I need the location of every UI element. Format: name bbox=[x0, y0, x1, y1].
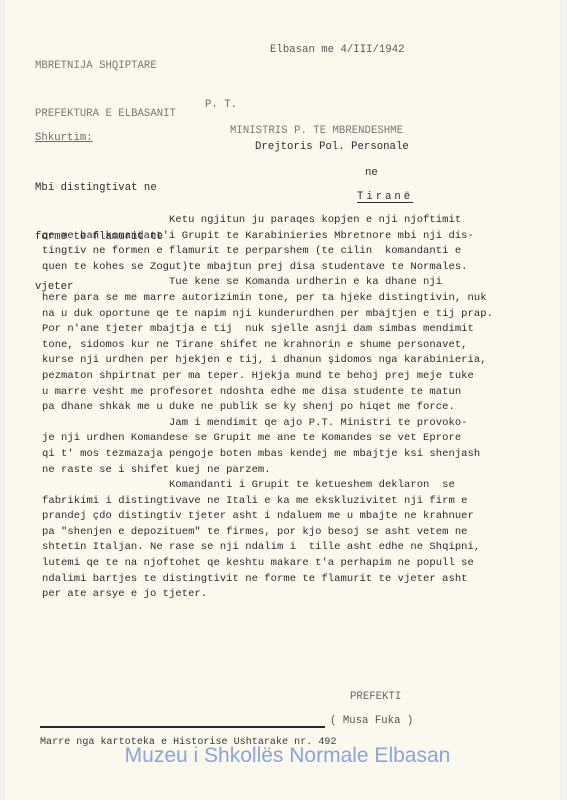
body-line: here para se me marre autorizimin tone, … bbox=[42, 291, 493, 307]
recipient-block: P. T. MINISTRIS P. TE MBRENDESHME Drejto… bbox=[205, 97, 218, 193]
body-line: qe me ban komandant'i Grupit te Karabini… bbox=[42, 229, 493, 245]
body-line: tingtiv ne formen e flamurit te perparsh… bbox=[42, 244, 493, 260]
body-line: qi t' mos tezmazaja pengoje boten mbas k… bbox=[42, 447, 493, 463]
recipient-directorate: Drejtoris Pol. Personale bbox=[255, 139, 409, 155]
body-line: shtetin Italjan. Ne rase se nji ndalim i… bbox=[42, 540, 493, 556]
body-line: per ate arsye e jo tjeter. bbox=[42, 587, 493, 603]
recipient-honorific: P. T. bbox=[205, 97, 237, 113]
signature-name: ( Musa Fuka ) bbox=[330, 713, 413, 729]
body-line: Por n'ane tjeter mbajtja e tij nuk sjell… bbox=[42, 322, 493, 338]
body-line: tone, sidomos kur ne Tirane shifet ne kr… bbox=[42, 338, 493, 354]
letter-body: Ketu ngjitun ju paraqes kopjen e nji njo… bbox=[42, 213, 493, 603]
body-line: pa "shenjen e depozituem" te firmes, por… bbox=[42, 525, 493, 541]
museum-watermark: Muzeu i Shkollës Normale Elbasan bbox=[0, 744, 567, 768]
body-line: u marre vesht me profesoret ndoshta edhe… bbox=[42, 385, 493, 401]
subject-line: Mbi distingtivat ne bbox=[35, 180, 163, 197]
body-line: Jam i mendimit qe ajo P.T. Ministri te p… bbox=[42, 416, 493, 432]
signature-title: PREFEKTI bbox=[350, 689, 401, 705]
body-line: ndalimi bartjes te distingtivit ne forme… bbox=[42, 572, 493, 588]
document-date: Elbasan me 4/III/1942 bbox=[270, 42, 405, 58]
body-line: Ketu ngjitun ju paraqes kopjen e nji njo… bbox=[42, 213, 493, 229]
body-line: je nji urdhen Komandese se Grupit me ane… bbox=[42, 431, 493, 447]
recipient-preposition: ne bbox=[365, 165, 378, 181]
body-line: pa dhane shkak me u duke ne publik se ky… bbox=[42, 400, 493, 416]
body-line: Tue kene se Komanda urdherin e ka dhane … bbox=[42, 275, 493, 291]
body-line: Komandanti i Grupit te ketueshem deklaro… bbox=[42, 478, 493, 494]
body-line: quen te kohes se Zogut)te mbajtun prej d… bbox=[42, 260, 493, 276]
body-line: kurse nji urdhen per hjekjen e tij, i dh… bbox=[42, 353, 493, 369]
body-line: prandej çdo distingtiv tjeter asht i nda… bbox=[42, 509, 493, 525]
body-line: lutemi qe te na njoftohet qe keshtu maka… bbox=[42, 556, 493, 572]
recipient-ministry: MINISTRIS P. TE MBRENDESHME bbox=[230, 123, 403, 139]
body-line: fabrikimi i distingtivave ne Itali e ka … bbox=[42, 494, 493, 510]
footnote-divider bbox=[40, 726, 325, 728]
recipient-city: Tiranë bbox=[357, 189, 413, 205]
body-line: ne raste se i shifet kuej ne parzem. bbox=[42, 463, 493, 479]
letterhead-kingdom: MBRETNIJA SHQIPTARE bbox=[35, 58, 176, 74]
body-line: pezmaton shpirtnat per ma teper. Hjekja … bbox=[42, 369, 493, 385]
body-line: na u duk oportune qe te napim nji kunder… bbox=[42, 307, 493, 323]
subject-label: Shkurtim: bbox=[35, 130, 163, 147]
